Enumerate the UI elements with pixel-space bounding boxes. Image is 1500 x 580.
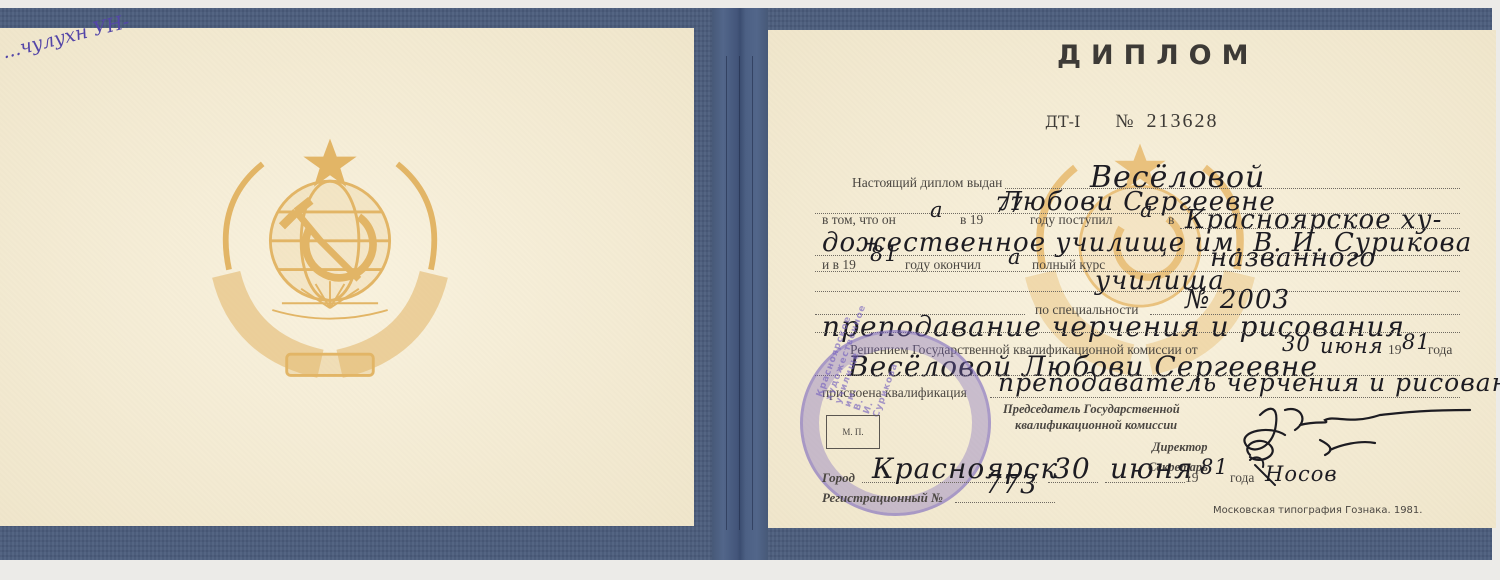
issue-year-prefix: 19: [1185, 470, 1199, 486]
diploma-series: ДТ-I: [1045, 112, 1080, 131]
enrolled-in: в 19: [960, 212, 983, 228]
registration-value: 773: [985, 470, 1038, 500]
issue-day: 30: [1053, 452, 1091, 485]
issue-month: июня: [1110, 452, 1194, 485]
registration-label: Регистрационный №: [822, 490, 943, 506]
number-sign: №: [1115, 111, 1133, 132]
issue-year-suffix: года: [1230, 470, 1254, 486]
diploma-title: ДИПЛОМ: [1057, 40, 1259, 71]
city-label: Город: [822, 470, 855, 486]
field-line: [1048, 482, 1098, 483]
printer-imprint: Московская типография Гознака. 1981.: [1213, 505, 1422, 516]
decision-year: 81: [1402, 330, 1431, 354]
enrolled-prefix: в том, что он: [822, 212, 896, 228]
coat-of-arms-ussr-icon: [205, 135, 455, 385]
school-ref: названного: [1210, 243, 1376, 273]
issue-year: 81: [1200, 455, 1229, 479]
decision-year-prefix: 19: [1388, 342, 1402, 358]
field-line: [955, 502, 1055, 503]
secretary-signature-text: Носов: [1265, 462, 1338, 486]
qualification-value: преподаватель черчения и рисования: [998, 368, 1500, 397]
diploma-spine: [712, 8, 768, 560]
enrolled-gender-suffix: а: [930, 198, 944, 222]
decision-year-suffix: года: [1428, 342, 1452, 358]
diploma-number: 213628: [1147, 110, 1219, 132]
field-line: [815, 291, 1460, 292]
graduated-year: 81: [870, 242, 899, 266]
chairman-label-1: Председатель Государственной: [1003, 402, 1180, 417]
decision-month: июня: [1320, 334, 1384, 358]
chairman-label-2: квалификационной комиссии: [1015, 418, 1177, 433]
issued-label: Настоящий диплом выдан: [852, 175, 1002, 191]
enrolled-in-label: в: [1168, 212, 1174, 228]
enrolled-year: 77: [995, 193, 1024, 217]
diploma-serial: ДТ-I № 213628: [1045, 110, 1219, 133]
enrolled-suffix: году поступил: [1030, 212, 1113, 228]
stamp-place-box: М. П.: [826, 415, 880, 449]
field-line: [1105, 482, 1185, 483]
graduated-gender: а: [1008, 245, 1022, 269]
enrolled-suffix-gender: а: [1140, 198, 1154, 222]
